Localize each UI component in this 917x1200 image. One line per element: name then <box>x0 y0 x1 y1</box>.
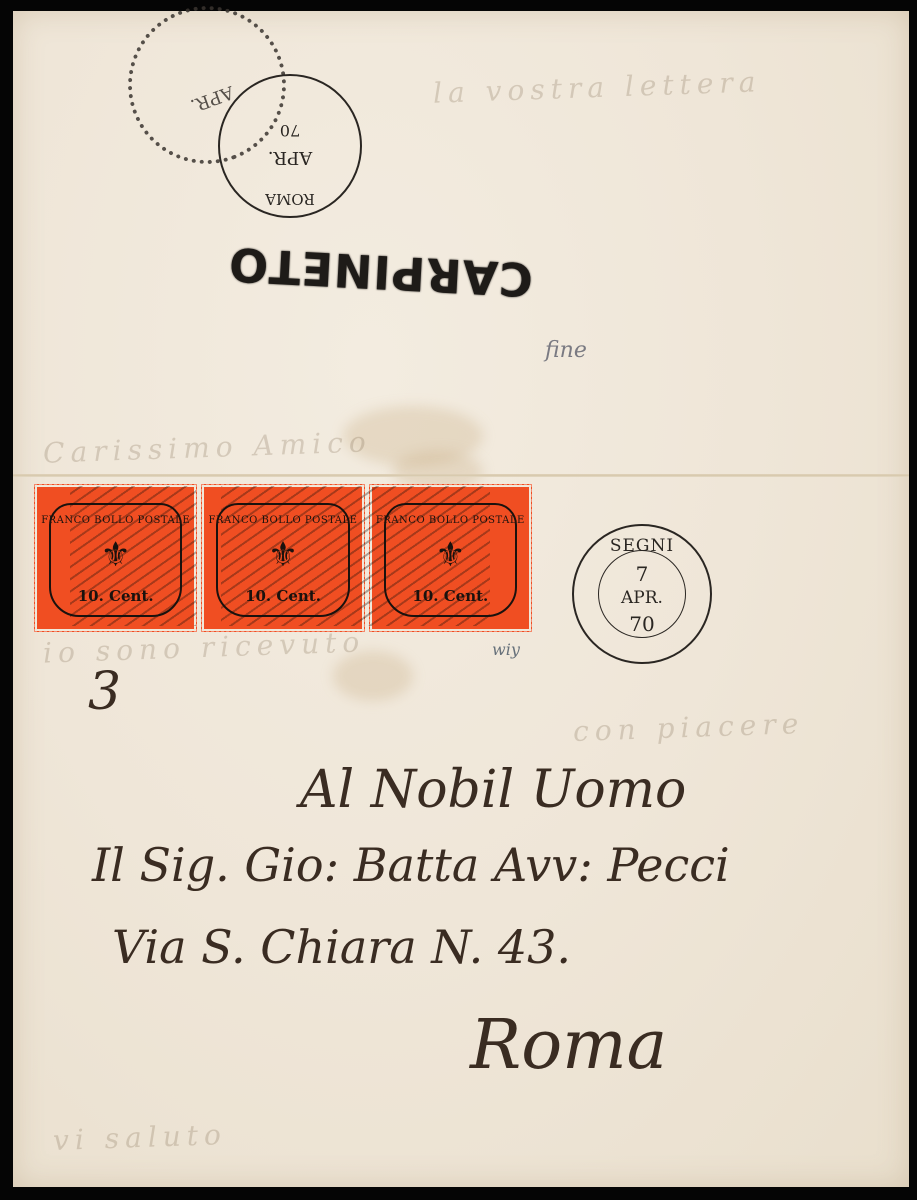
papal-arms-icon: ⚜ <box>425 535 475 575</box>
address-line-2: Il Sig. Gio: Batta Avv: Pecci <box>92 838 730 892</box>
papal-arms-icon: ⚜ <box>91 535 141 575</box>
bleed-through-text: la vostra lettera <box>433 65 762 109</box>
bleed-through-text: Carissimo Amico <box>43 425 373 469</box>
origin-postmark-segni: SEGNI 7 APR. 70 <box>572 524 712 664</box>
bleed-through-text: con piacere <box>572 707 804 748</box>
arrival-postmark-roma: ROMA APR. 70 <box>218 74 362 218</box>
address-line-1: Al Nobil Uomo <box>300 760 686 820</box>
stamp-strip: FRANCO BOLLO POSTALE ⚜ 10. Cent. FRANCO … <box>34 484 532 632</box>
fold-line <box>13 474 909 477</box>
small-pencil-note: wiy <box>492 640 520 659</box>
stamp: FRANCO BOLLO POSTALE ⚜ 10. Cent. <box>369 484 532 632</box>
stamp: FRANCO BOLLO POSTALE ⚜ 10. Cent. <box>201 484 364 632</box>
rate-mark: 3 <box>88 662 121 722</box>
pencil-annotation: fine <box>545 338 587 363</box>
address-line-3: Via S. Chiara N. 43. <box>112 920 571 974</box>
stamp: FRANCO BOLLO POSTALE ⚜ 10. Cent. <box>34 484 197 632</box>
address-city: Roma <box>470 1006 667 1085</box>
papal-arms-icon: ⚜ <box>258 535 308 575</box>
bleed-through-text: vi saluto <box>52 1118 227 1157</box>
